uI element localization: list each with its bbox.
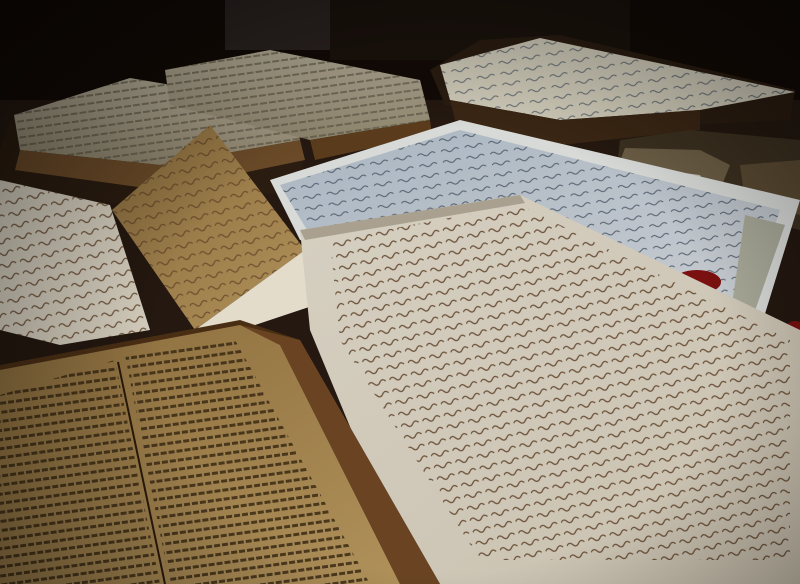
scene-illustration [0,0,800,584]
background-wall [225,0,330,50]
document-photo-scene: Photograph of old handwritten letters, o… [0,0,800,584]
scene-description: Photograph of old handwritten letters, o… [0,0,1,1]
